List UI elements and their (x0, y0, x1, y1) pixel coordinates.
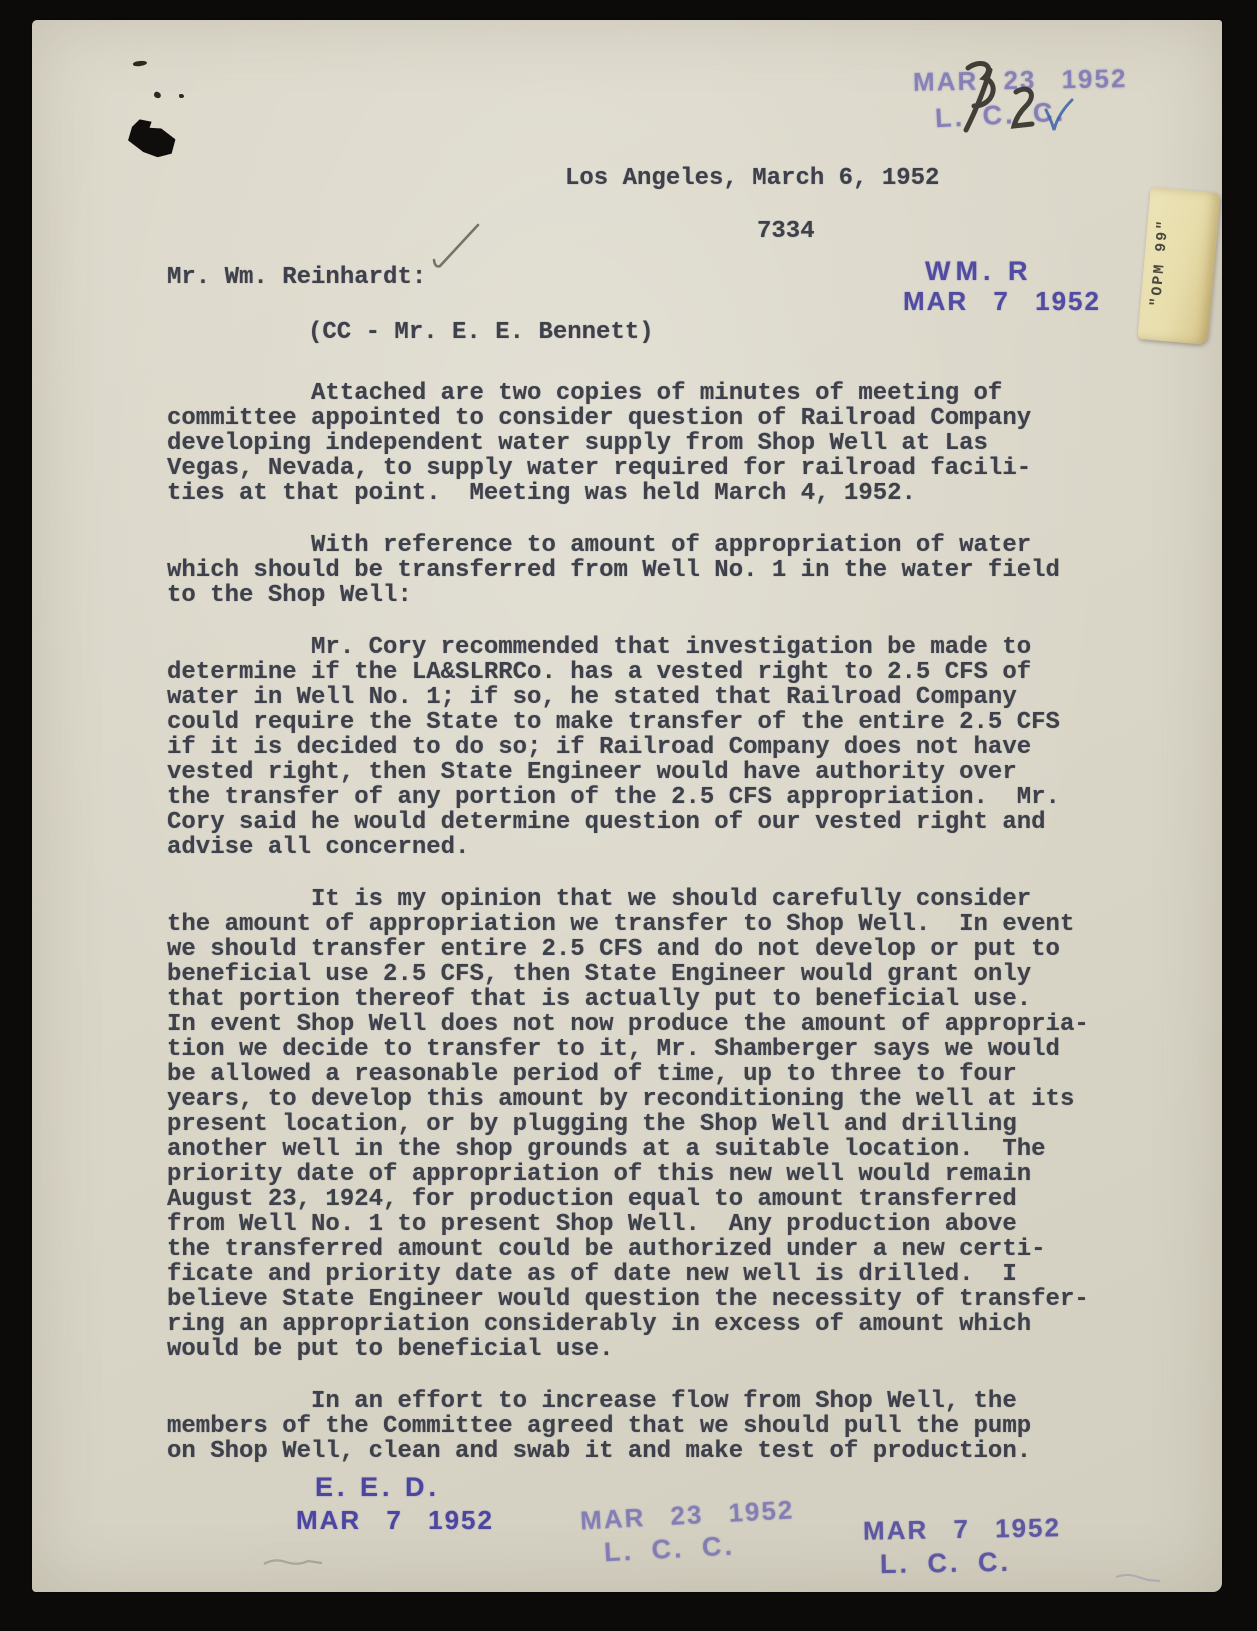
ink-blot (124, 115, 177, 161)
file-number: 7334 (757, 219, 815, 244)
pencil-smudge (262, 1556, 332, 1568)
received-stamp-date: MAR 7 1952 (903, 286, 1101, 317)
body-paragraph-2: With reference to amount of appropriatio… (167, 533, 1060, 608)
letter-page: MAR 23 1952 L. C. C. Los Angeles, March … (32, 20, 1222, 1592)
recipient-line: Mr. Wm. Reinhardt: (167, 265, 426, 290)
pencil-annotation-3-2 (950, 56, 1050, 141)
tape: "OPM 99" (1138, 187, 1221, 345)
pencil-smudge (1114, 1572, 1168, 1584)
cc-line: (CC - Mr. E. E. Bennett) (308, 320, 654, 345)
paper-speck (133, 60, 148, 67)
blue-checkmark-icon (1042, 96, 1076, 134)
body-paragraph-4: It is my opinion that we should carefull… (167, 887, 1089, 1362)
bottom-center-stamp-date: MAR 23 1952 (579, 1494, 795, 1536)
bottom-center-stamp-org: L. C. C. (603, 1531, 735, 1569)
signature-date-stamp: MAR 7 1952 (296, 1505, 494, 1536)
bottom-right-stamp-org: L. C. C. (880, 1547, 1012, 1580)
paper-speck (153, 91, 162, 99)
signature-initials-stamp: E. E. D. (315, 1472, 440, 1503)
received-stamp-initials: WM. R (925, 256, 1032, 287)
paper-speck (179, 94, 184, 98)
body-paragraph-3: Mr. Cory recommended that investigation … (167, 635, 1060, 860)
body-paragraph-5: In an effort to increase flow from Shop … (167, 1389, 1031, 1464)
pencil-checkmark-icon (426, 220, 484, 272)
tape-label: "OPM 99" (1148, 218, 1173, 307)
dateline: Los Angeles, March 6, 1952 (565, 166, 939, 191)
bottom-right-stamp-date: MAR 7 1952 (863, 1512, 1061, 1546)
body-paragraph-1: Attached are two copies of minutes of me… (167, 381, 1031, 506)
